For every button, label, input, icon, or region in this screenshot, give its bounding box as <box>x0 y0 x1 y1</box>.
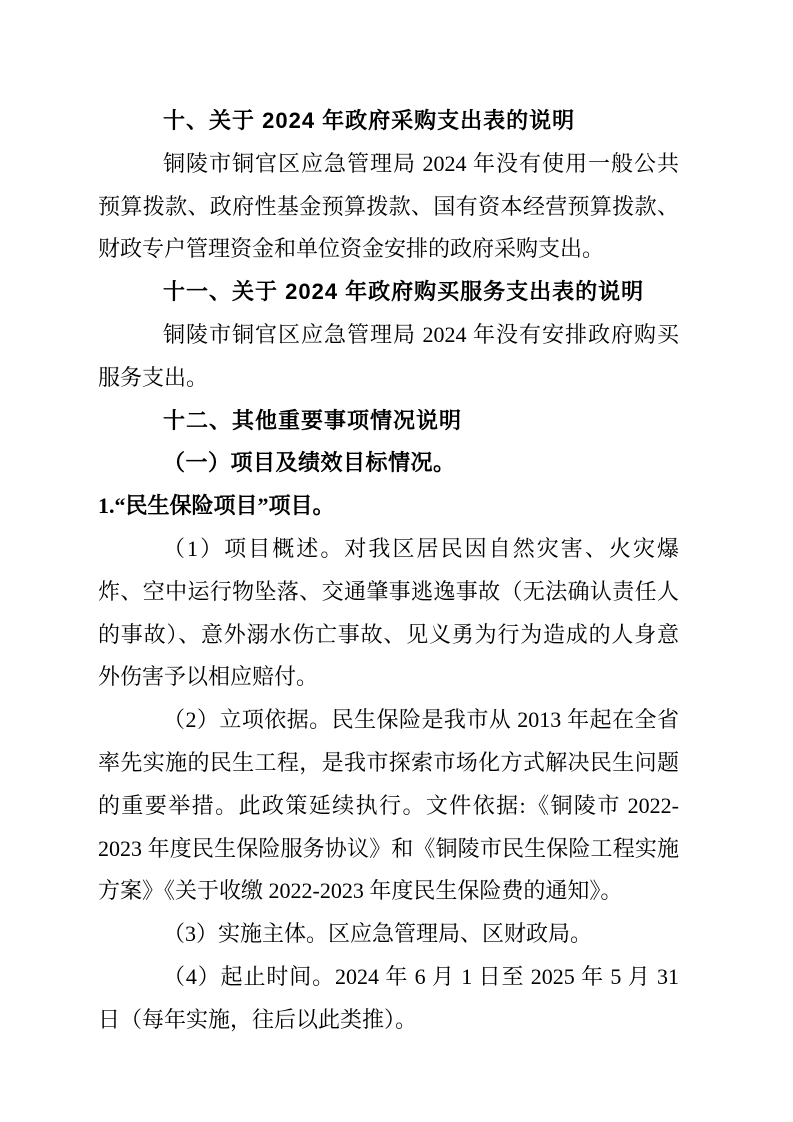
document-page: 十、关于 2024 年政府采购支出表的说明 铜陵市铜官区应急管理局 2024 年… <box>0 0 793 1122</box>
project-duration-paragraph: （4）起止时间。2024 年 6 月 1 日至 2025 年 5 月 31 日（… <box>98 956 679 1042</box>
document-content: 十、关于 2024 年政府采购支出表的说明 铜陵市铜官区应急管理局 2024 年… <box>98 100 679 1042</box>
section-twelve-heading: 十二、其他重要事项情况说明 <box>98 400 679 443</box>
section-eleven-paragraph: 铜陵市铜官区应急管理局 2024 年没有安排政府购买服务支出。 <box>98 314 679 400</box>
section-eleven-heading: 十一、关于 2024 年政府购买服务支出表的说明 <box>98 271 679 314</box>
subsection-one-heading: （一）项目及绩效目标情况。 <box>98 442 679 485</box>
project-implementer-paragraph: （3）实施主体。区应急管理局、区财政局。 <box>98 913 679 956</box>
section-ten-heading: 十、关于 2024 年政府采购支出表的说明 <box>98 100 679 143</box>
section-ten-paragraph: 铜陵市铜官区应急管理局 2024 年没有使用一般公共预算拨款、政府性基金预算拨款… <box>98 143 679 271</box>
project-overview-paragraph: （1）项目概述。对我区居民因自然灾害、火灾爆炸、空中运行物坠落、交通肇事逃逸事故… <box>98 528 679 699</box>
project-title: 1.“民生保险项目”项目。 <box>98 485 679 528</box>
project-basis-paragraph: （2）立项依据。民生保险是我市从 2013 年起在全省率先实施的民生工程，是我市… <box>98 699 679 913</box>
